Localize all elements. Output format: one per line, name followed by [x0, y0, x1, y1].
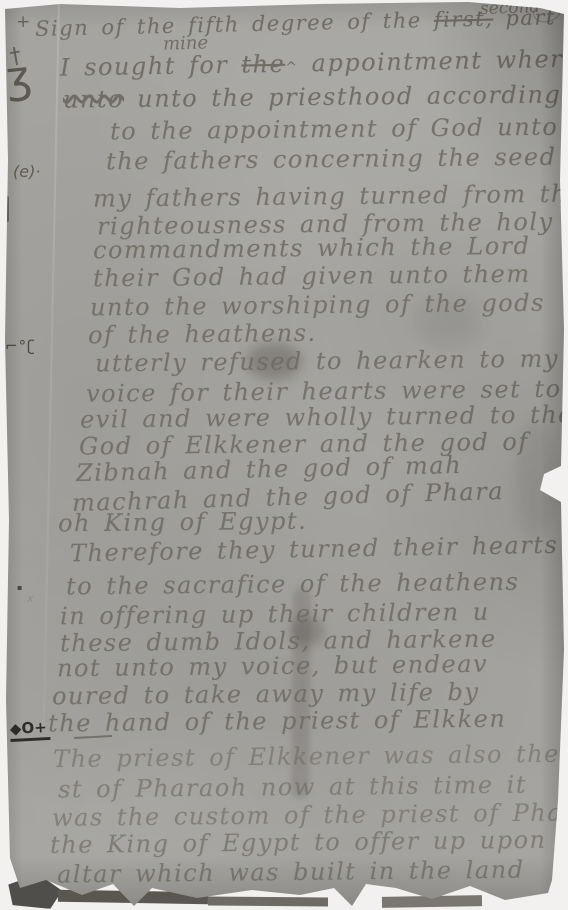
- handwriting-text: I sought for: [60, 51, 242, 82]
- manuscript-line: the fathers concerning the seed: [106, 143, 557, 176]
- scanned-manuscript-page: + † ʒ (e)· ⌐°ʗ ◆O+ ▪ x second mine Sign …: [0, 0, 568, 910]
- manuscript-line: to the appointment of God unto: [110, 113, 558, 146]
- handwriting-text: to the sacrafice of the heathens: [66, 568, 520, 601]
- handwriting-text: altar which was built in the land: [57, 856, 525, 889]
- handwriting-text: utterly refused to hearken to my: [95, 345, 559, 378]
- manuscript-paper: + † ʒ (e)· ⌐°ʗ ◆O+ ▪ x second mine Sign …: [0, 0, 568, 910]
- manuscript-line: altar which was built in the land: [57, 856, 525, 889]
- handwriting-text: unto the priesthood according: [124, 80, 561, 113]
- handwriting-text: part: [493, 5, 556, 30]
- manuscript-line: Sign of the fifth degree of the first, p…: [35, 5, 556, 41]
- handwriting-text: oh King of Egypt.: [58, 507, 307, 538]
- manuscript-line: the hand of the priest of Elkken: [48, 705, 507, 738]
- handwriting-text: Sign of the fifth degree of the: [35, 8, 434, 41]
- manuscript-line: unto the worshiping of the gods: [90, 289, 545, 322]
- handwriting-text: unto the worshiping of the gods: [90, 289, 545, 322]
- insertion-caret: ^: [285, 60, 299, 76]
- manuscript-line: oh King of Egypt.: [58, 507, 307, 538]
- handwriting-text: st of Pharaoh now at this time it: [58, 771, 527, 804]
- manuscript-line: st of Pharaoh now at this time it: [58, 771, 527, 804]
- manuscript-line: their God had given unto them: [93, 260, 531, 293]
- edge-chip: [1, 446, 7, 466]
- handwriting-text: The priest of Elkkener was also the prie: [53, 739, 568, 773]
- manuscript-line: to the sacrafice of the heathens: [66, 568, 520, 601]
- handwriting-text: the King of Egypt to offer up upon the: [50, 825, 568, 859]
- handwriting-text: the fathers concerning the seed: [106, 143, 557, 176]
- manuscript-line: utterly refused to hearken to my: [95, 345, 559, 378]
- manuscript-lines: Sign of the fifth degree of the first, p…: [0, 0, 568, 910]
- handwriting-text: appointment whereu: [298, 44, 568, 77]
- handwriting-text: their God had given unto them: [93, 260, 531, 293]
- torn-paper-fragment: [208, 896, 328, 906]
- manuscript-line: The priest of Elkkener was also the prie: [53, 739, 568, 773]
- manuscript-line: I sought for the^ appointment whereu: [60, 44, 568, 81]
- handwriting-text: to the appointment of God unto: [110, 113, 558, 146]
- struck-text: the: [241, 50, 285, 79]
- struck-text: first,: [434, 7, 494, 32]
- handwriting-text: of the heathens.: [88, 319, 317, 349]
- manuscript-line: of the heathens.: [88, 319, 317, 349]
- manuscript-line: the King of Egypt to offer up upon the: [50, 825, 568, 859]
- manuscript-line: unto unto the priesthood according: [63, 80, 561, 113]
- handwriting-text: the hand of the priest of Elkken: [48, 705, 507, 738]
- struck-text: unto: [63, 85, 124, 114]
